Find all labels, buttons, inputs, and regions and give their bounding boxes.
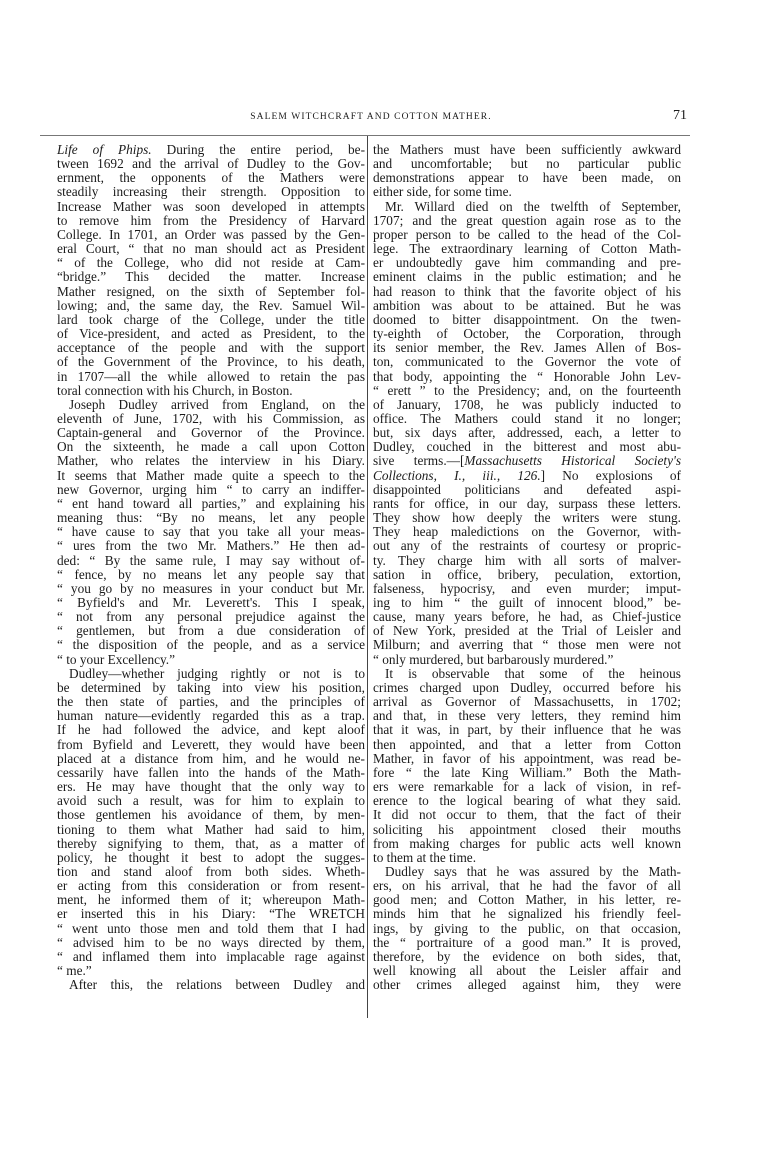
italic-citation: Life of Phips. [57, 142, 152, 157]
header-rule [40, 135, 690, 136]
text-line: thereby signifying to them, that, as a m… [57, 837, 365, 851]
text-line: to them at the time. [373, 851, 681, 865]
page-number: 71 [673, 108, 687, 124]
text-line: rants for office, in our day, surpass th… [373, 497, 681, 511]
text-line: disappointed politicians and defeated as… [373, 483, 681, 497]
text-line: “ Byfield's and Mr. Leverett's. This I s… [57, 596, 365, 610]
text-line: Mather resigned, on the sixth of Septemb… [57, 285, 365, 299]
text-line: Captain-general and Governor of the Prov… [57, 426, 365, 440]
text-line: from Byfield and Leverett, they would ha… [57, 738, 365, 752]
text-line: that it was, in part, by their influence… [373, 723, 681, 737]
text-line: Mr. Willard died on the twelfth of Septe… [373, 200, 681, 214]
text-line: “ ent hand toward all parties,” and expl… [57, 497, 365, 511]
text-line: ded: “ By the same rule, I may say witho… [57, 554, 365, 568]
text-line: ment, he informed them of it; whereupon … [57, 893, 365, 907]
text-line: 1707; and the great question again rose … [373, 214, 681, 228]
text-line: Collections, I., iii., 126.] No explosio… [373, 469, 681, 483]
text-line: ers, on his arrival, that he had the fav… [373, 879, 681, 893]
text-line: eminent claims in the public estimation;… [373, 270, 681, 284]
text-line: and uncomfortable; but no particular pub… [373, 157, 681, 171]
text-line: be determined by taking into view his po… [57, 681, 365, 695]
text-line: ernment, the opponents of the Mathers we… [57, 171, 365, 185]
text-line: of the Government of the Province, to hi… [57, 355, 365, 369]
text-line: those gentlemen his avoidance of them, b… [57, 808, 365, 822]
text-line: ing to him “ the guilt of innocent blood… [373, 596, 681, 610]
text-line: of New York, presided at the Trial of Le… [373, 624, 681, 638]
text-line: “ went unto those men and told them that… [57, 922, 365, 936]
text-line: that body, appointing the “ Honorable Jo… [373, 370, 681, 384]
text-line: They heap maledictions on the Governor, … [373, 525, 681, 539]
text-line: placed at a distance from him, and he wo… [57, 752, 365, 766]
text-line: “ gentlemen, but from a due consideratio… [57, 624, 365, 638]
text-line: therefore, by the evidence on both sides… [373, 950, 681, 964]
text-line: “ of the College, who did not reside at … [57, 256, 365, 270]
text-line: Life of Phips. During the entire period,… [57, 143, 365, 157]
text-line: good men; and Cotton Mather, in his lett… [373, 893, 681, 907]
text-line: out any of the restraints of courtesy or… [373, 539, 681, 553]
text-line: It is observable that some of the heinou… [373, 667, 681, 681]
text-line: eral Court, “ that no man should act as … [57, 242, 365, 256]
text-line: tion and stand aloof from both sides. Wh… [57, 865, 365, 879]
text-line: new Governor, urging him “ to carry an i… [57, 483, 365, 497]
text-line: then appointed, and that a letter from C… [373, 738, 681, 752]
text-line: ton, communicated to the Governor the vo… [373, 355, 681, 369]
text-line: its senior member, the Rev. James Allen … [373, 341, 681, 355]
text-line: Mather, in favor of his appointment, was… [373, 752, 681, 766]
text-line: ty. They charge him with all sorts of ma… [373, 554, 681, 568]
text-line: steadily increasing their strength. Oppo… [57, 185, 365, 199]
text-line: “bridge.” This decided the matter. Incre… [57, 270, 365, 284]
text-line: Dudley says that he was assured by the M… [373, 865, 681, 879]
text-line: lard took charge of the College, under t… [57, 313, 365, 327]
text-line: meaning thus: “By no means, let any peop… [57, 511, 365, 525]
text-line: crimes charged upon Dudley, occurred bef… [373, 681, 681, 695]
text-line: doomed to bitter disappointment. On the … [373, 313, 681, 327]
text-line: ambition was about to be attained. But h… [373, 299, 681, 313]
text-line: and that, in these very letters, they re… [373, 709, 681, 723]
text-line: cause, many years before, he had, as Chi… [373, 610, 681, 624]
text-line: of Vice-president, and acted as Presiden… [57, 327, 365, 341]
text-line: Joseph Dudley arrived from England, on t… [57, 398, 365, 412]
text-line: proper person to be called to the head o… [373, 228, 681, 242]
text-line: Milburn; and averring that “ those men w… [373, 638, 681, 652]
text-line: arrival as Governor of Massachusetts, in… [373, 695, 681, 709]
right-column: the Mathers must have been sufficiently … [373, 143, 681, 992]
text-line: “ fence, by no means let any people say … [57, 568, 365, 582]
text-line: soliciting his appointment closed their … [373, 823, 681, 837]
text-line: “ advised him to be no ways directed by … [57, 936, 365, 950]
text-line: either side, for some time. [373, 185, 681, 199]
text-line: tween 1692 and the arrival of Dudley to … [57, 157, 365, 171]
text-line: lege. The extraordinary learning of Cott… [373, 242, 681, 256]
text-line: “ ures from the two Mr. Mathers.” He the… [57, 539, 365, 553]
text-line: well knowing all about the Leisler affai… [373, 964, 681, 978]
left-column: Life of Phips. During the entire period,… [57, 143, 365, 992]
text-line: acceptance of the people and with the su… [57, 341, 365, 355]
text-line: “ have cause to say that you take all yo… [57, 525, 365, 539]
text-line: “ to your Excellency.” [57, 653, 365, 667]
text-line: tioning to them what Mather had said to … [57, 823, 365, 837]
text-line: falseness, hypocrisy, and even murder; i… [373, 582, 681, 596]
text-line: On the sixteenth, he made a call upon Co… [57, 440, 365, 454]
text-line: policy, he thought it best to adopt the … [57, 851, 365, 865]
text-line: erence to the logical bearing of what th… [373, 794, 681, 808]
text-line: lowing; and, the same day, the Rev. Samu… [57, 299, 365, 313]
text-line: eleventh of June, 1702, with his Commiss… [57, 412, 365, 426]
text-line: in 1707—all the while allowed to retain … [57, 370, 365, 384]
text-line: sation in office, bribery, peculation, e… [373, 568, 681, 582]
column-divider [367, 136, 368, 1018]
italic-citation: Collections, I., iii., 126. [373, 468, 541, 483]
text-line: sive terms.—[Massachusetts Historical So… [373, 454, 681, 468]
text-line: er undoubtedly gave him commanding and p… [373, 256, 681, 270]
text-line: Dudley, couched in the bitterest and mos… [373, 440, 681, 454]
italic-citation: Massachusetts Historical Society's [464, 453, 681, 468]
text-line: demonstrations appear to have been made,… [373, 171, 681, 185]
text-line: avoid such a result, was for him to expl… [57, 794, 365, 808]
running-head: SALEM WITCHCRAFT AND COTTON MATHER. 71 [55, 108, 687, 128]
text-line: College. In 1701, an Order was passed by… [57, 228, 365, 242]
text-line: After this, the relations between Dudley… [57, 978, 365, 992]
text-line: the then state of parties, and the princ… [57, 695, 365, 709]
text-line: It did not occur to them, that the fact … [373, 808, 681, 822]
text-line: Increase Mather was soon developed in at… [57, 200, 365, 214]
text-line: er acting from this consideration or fro… [57, 879, 365, 893]
text-line: “ me.” [57, 964, 365, 978]
text-line: minds him that he signalized his friendl… [373, 907, 681, 921]
text-line: “ you go by no measures in your conduct … [57, 582, 365, 596]
text-line: “ only murdered, but barbarously murdere… [373, 653, 681, 667]
text-line: Mather, who relates the interview in his… [57, 454, 365, 468]
text-line: the Mathers must have been sufficiently … [373, 143, 681, 157]
text-line: of January, 1708, he was publicly induct… [373, 398, 681, 412]
text-line: “ the disposition of the people, and as … [57, 638, 365, 652]
text-line: the “ portraiture of a good man.” It is … [373, 936, 681, 950]
running-title: SALEM WITCHCRAFT AND COTTON MATHER. [55, 112, 687, 122]
text-line: They show how deeply the writers were st… [373, 511, 681, 525]
text-line: but, six days after, addressed, each, a … [373, 426, 681, 440]
text-line: fore “ the late King William.” Both the … [373, 766, 681, 780]
text-line: “ not from any personal prejudice agains… [57, 610, 365, 624]
text-line: from making charges for public acts well… [373, 837, 681, 851]
text-line: “ and inflamed them into implacable rage… [57, 950, 365, 964]
text-line: other crimes alleged against him, they w… [373, 978, 681, 992]
text-line: cessarily have fallen into the hands of … [57, 766, 365, 780]
text-line: ings, by giving to the public, on that o… [373, 922, 681, 936]
text-line: er inserted this in his Diary: “The WRET… [57, 907, 365, 921]
text-line: toral connection with his Church, in Bos… [57, 384, 365, 398]
text-line: ers. He may have thought that the only w… [57, 780, 365, 794]
text-line: Dudley—whether judging rightly or not is… [57, 667, 365, 681]
text-line: human nature—evidently regarded this as … [57, 709, 365, 723]
text-line: ty-eighth of October, the Corporation, t… [373, 327, 681, 341]
text-line: ers were remarkable for a lack of vision… [373, 780, 681, 794]
text-line: If he had followed the advice, and kept … [57, 723, 365, 737]
text-line: “ erett ” to the Presidency; and, on the… [373, 384, 681, 398]
text-line: office. The Mathers could stand it no lo… [373, 412, 681, 426]
text-line: It seems that Mather made quite a speech… [57, 469, 365, 483]
text-line: to remove him from the Presidency of Har… [57, 214, 365, 228]
text-line: had reason to think that the favorite ob… [373, 285, 681, 299]
